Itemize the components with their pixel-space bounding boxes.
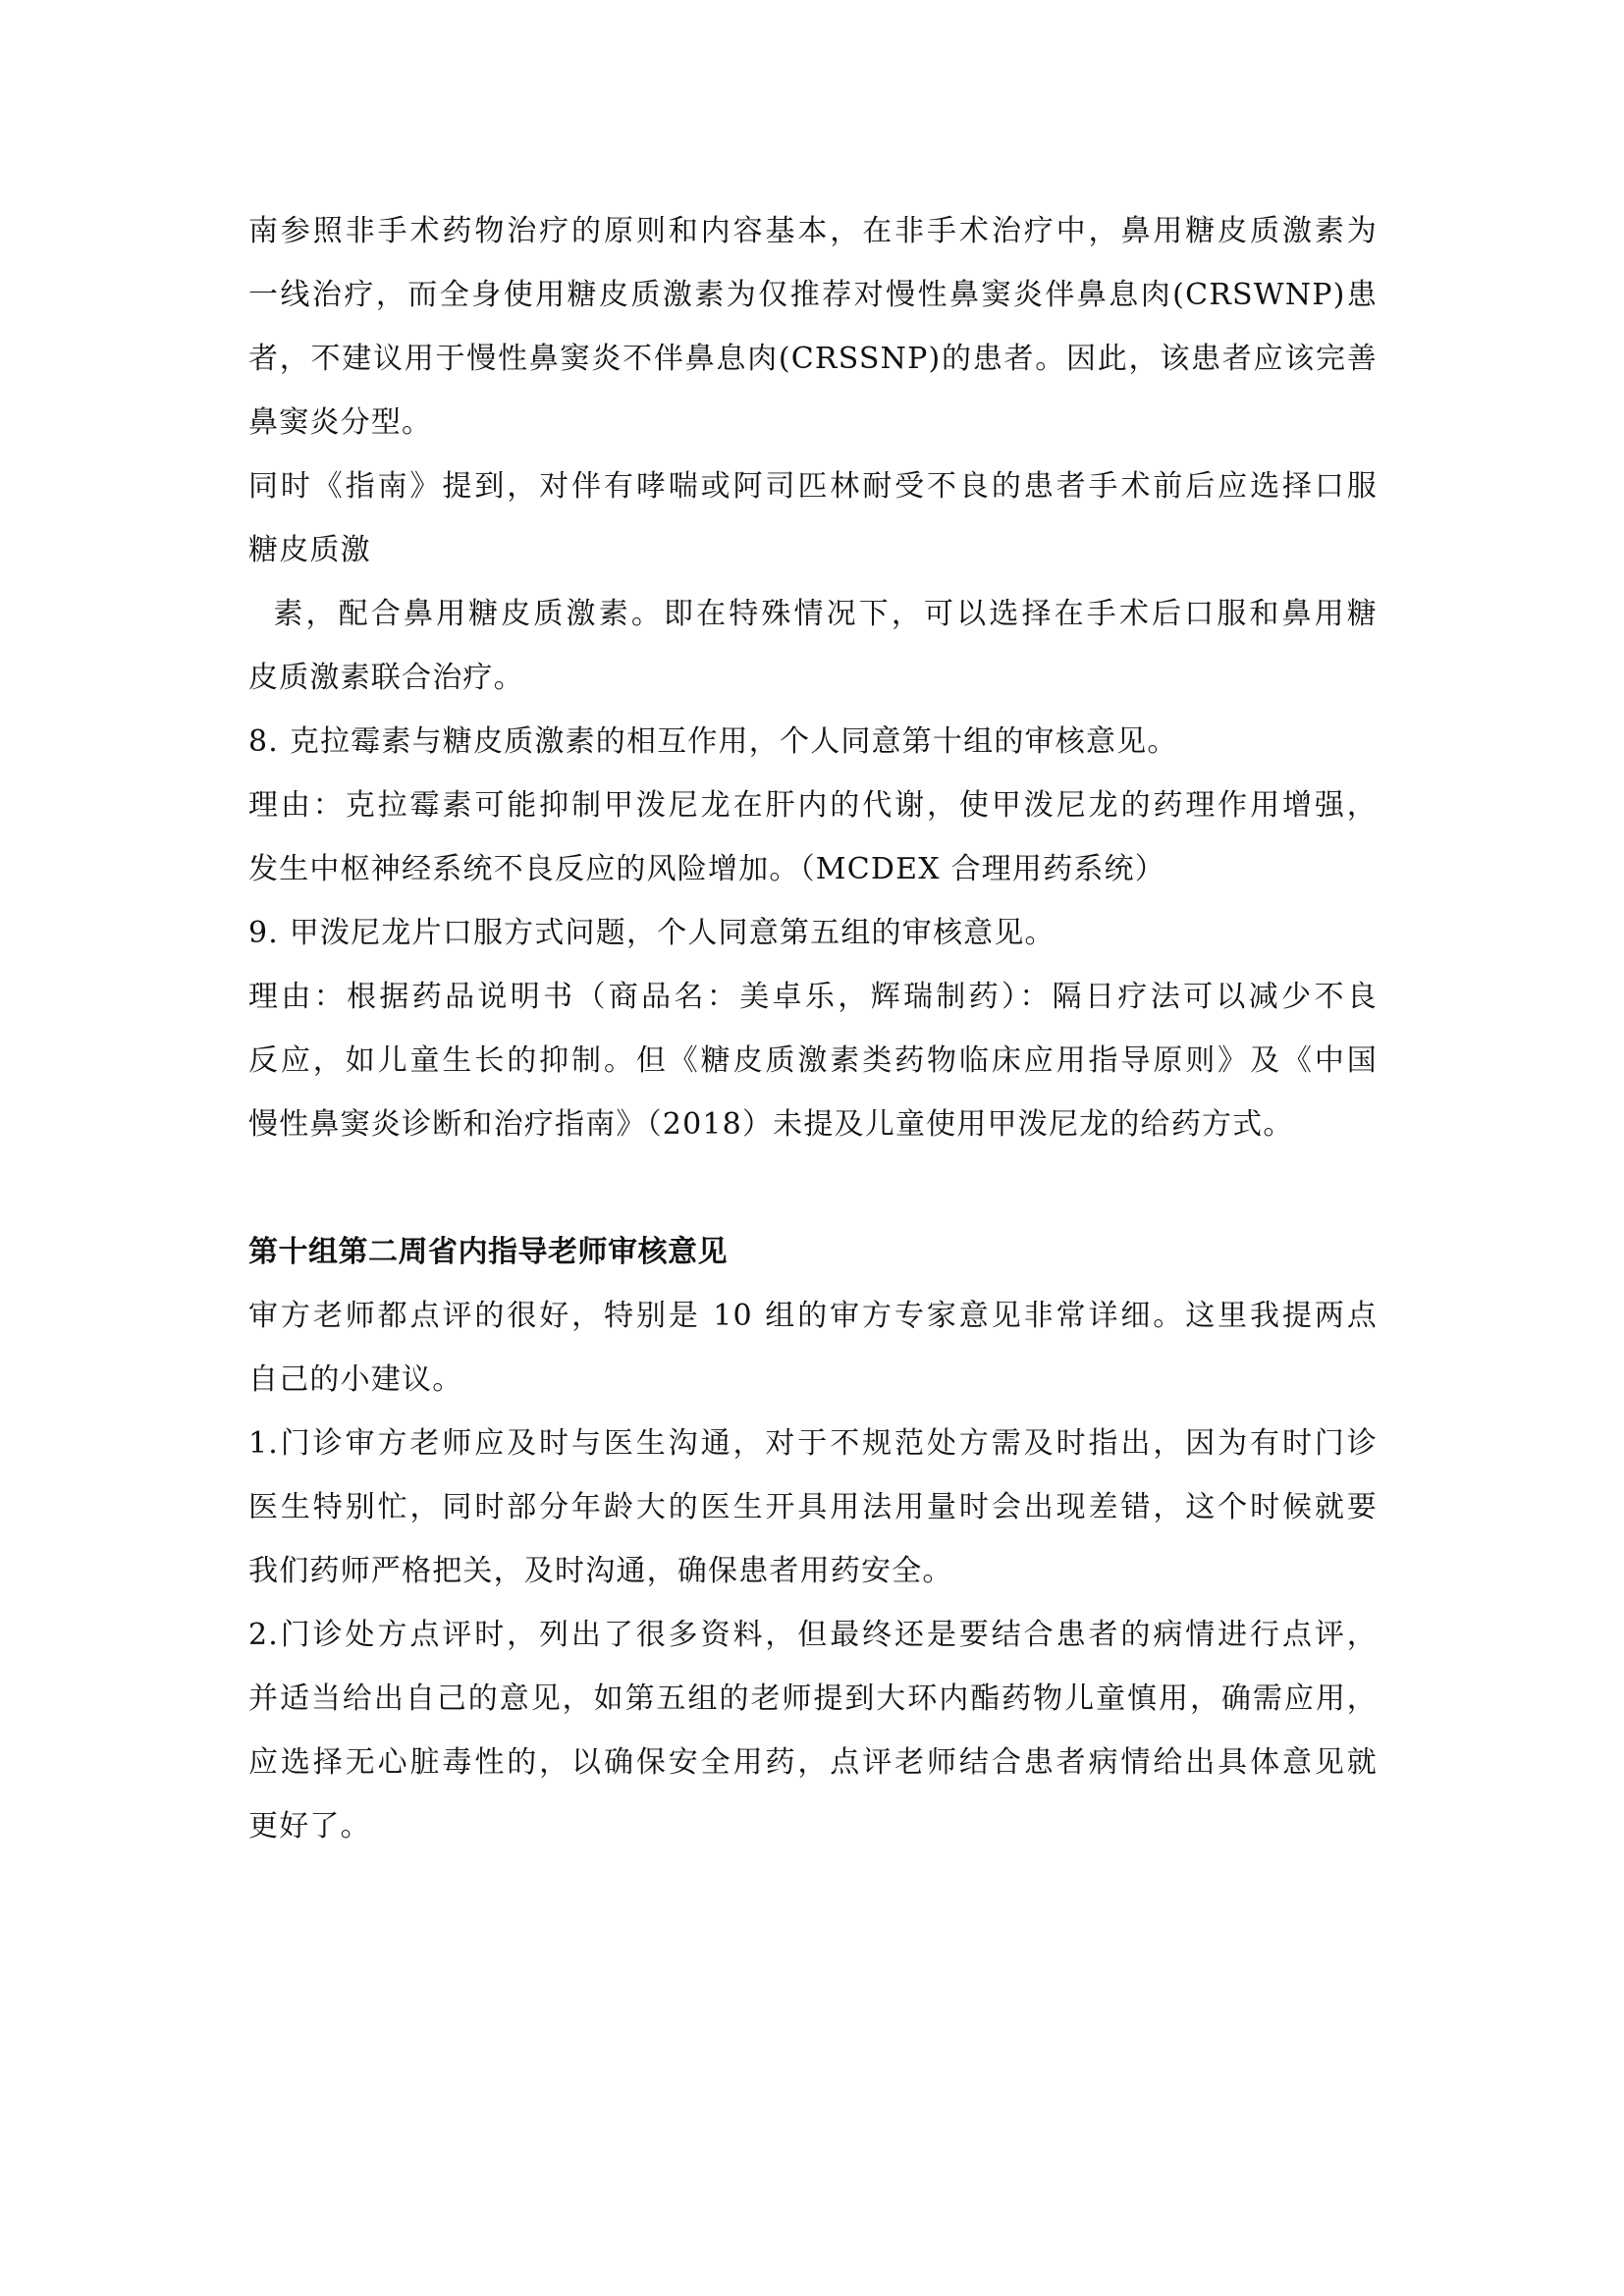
section-heading: 第十组第二周省内指导老师审核意见	[248, 1220, 1378, 1284]
blank-line	[248, 1156, 1378, 1220]
list-item-8: 8. 克拉霉素与糖皮质激素的相互作用，个人同意第十组的审核意见。	[248, 710, 1378, 774]
paragraph-line: 更好了。	[248, 1794, 1378, 1858]
paragraph-line: 医生特别忙，同时部分年龄大的医生开具用法用量时会出现差错，这个时候就要	[248, 1475, 1378, 1539]
paragraph-line: 素，配合鼻用糖皮质激素。即在特殊情况下，可以选择在手术后口服和鼻用糖	[248, 582, 1378, 646]
paragraph-line: 同时《指南》提到，对伴有哮喘或阿司匹林耐受不良的患者手术前后应选择口服	[248, 454, 1378, 518]
paragraph-line: 理由：根据药品说明书（商品名：美卓乐，辉瑞制药）：隔日疗法可以减少不良	[248, 965, 1378, 1029]
paragraph-line: 慢性鼻窦炎诊断和治疗指南》（2018）未提及儿童使用甲泼尼龙的给药方式。	[248, 1093, 1378, 1156]
paragraph-line: 自己的小建议。	[248, 1348, 1378, 1412]
paragraph-line: 发生中枢神经系统不良反应的风险增加。（MCDEX 合理用药系统）	[248, 837, 1378, 901]
paragraph-line: 反应，如儿童生长的抑制。但《糖皮质激素类药物临床应用指导原则》及《中国	[248, 1029, 1378, 1093]
paragraph-line: 我们药师严格把关，及时沟通，确保患者用药安全。	[248, 1539, 1378, 1603]
list-item-9: 9. 甲泼尼龙片口服方式问题，个人同意第五组的审核意见。	[248, 901, 1378, 965]
paragraph-line: 皮质激素联合治疗。	[248, 646, 1378, 710]
paragraph-line: 鼻窦炎分型。	[248, 391, 1378, 454]
paragraph-line: 应选择无心脏毒性的，以确保安全用药，点评老师结合患者病情给出具体意见就	[248, 1731, 1378, 1794]
paragraph-line: 并适当给出自己的意见，如第五组的老师提到大环内酯药物儿童慎用，确需应用，	[248, 1667, 1378, 1731]
paragraph-line: 糖皮质激	[248, 518, 1378, 582]
document-page: 南参照非手术药物治疗的原则和内容基本，在非手术治疗中，鼻用糖皮质激素为 一线治疗…	[248, 199, 1378, 1858]
paragraph-line: 一线治疗，而全身使用糖皮质激素为仅推荐对慢性鼻窦炎伴鼻息肉(CRSWNP)患	[248, 263, 1378, 327]
paragraph-line: 南参照非手术药物治疗的原则和内容基本，在非手术治疗中，鼻用糖皮质激素为	[248, 199, 1378, 263]
section-instructor-review: 第十组第二周省内指导老师审核意见 审方老师都点评的很好，特别是 10 组的审方专…	[248, 1220, 1378, 1858]
paragraph-line: 者，不建议用于慢性鼻窦炎不伴鼻息肉(CRSSNP)的患者。因此，该患者应该完善	[248, 327, 1378, 391]
list-item-1: 1.门诊审方老师应及时与医生沟通，对于不规范处方需及时指出，因为有时门诊	[248, 1412, 1378, 1475]
list-item-2: 2.门诊处方点评时，列出了很多资料，但最终还是要结合患者的病情进行点评，	[248, 1603, 1378, 1667]
paragraph-line: 审方老师都点评的很好，特别是 10 组的审方专家意见非常详细。这里我提两点	[248, 1284, 1378, 1348]
section-prior-review: 南参照非手术药物治疗的原则和内容基本，在非手术治疗中，鼻用糖皮质激素为 一线治疗…	[248, 199, 1378, 1156]
paragraph-line: 理由：克拉霉素可能抑制甲泼尼龙在肝内的代谢，使甲泼尼龙的药理作用增强，	[248, 774, 1378, 837]
